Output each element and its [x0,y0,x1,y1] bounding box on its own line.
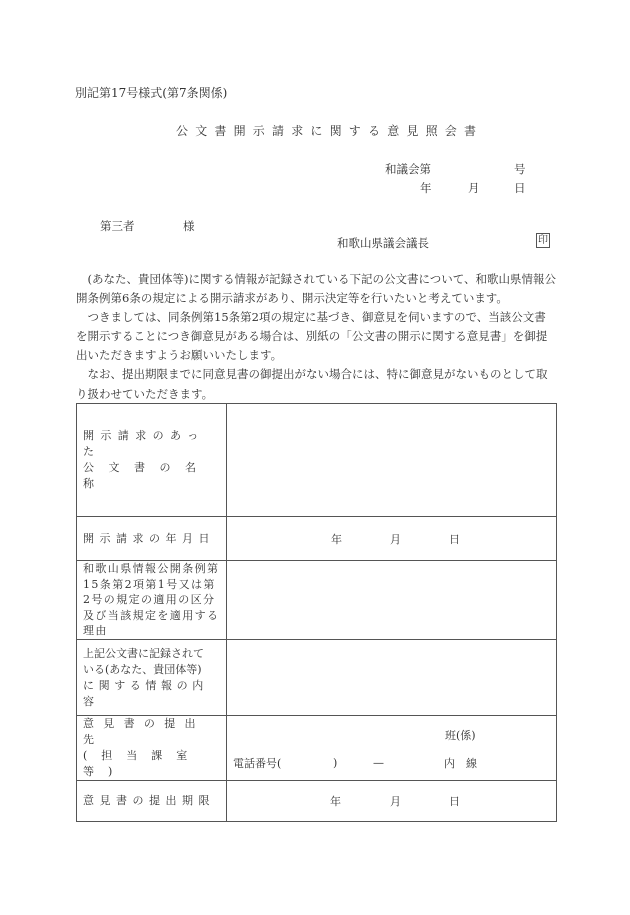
label-text: 公文書の名称 [83,461,211,490]
label-text: 上記公文書に記録されて [83,646,220,662]
paragraph: なお、提出期限までに同意見書の御提出がない場合には、特に御意見がないものとして取… [76,365,556,403]
label-text: (担当課室等) [83,748,220,780]
extension-label: 内 線 [444,755,477,771]
label-line: 開示請求のあった [83,428,220,460]
row-label: 上記公文書に記録されて いる(あなた、貴団体等) に関する情報の内容 [77,640,227,716]
month-label: 月 [390,531,401,547]
submission-deadline-field[interactable]: 年 月 日 [227,781,557,822]
info-table: 開示請求のあった 公文書の名称 開示請求の年月日 年 月 日 和歌山県情報公開条… [76,403,557,822]
row-label: 意見書の提出期限 [77,781,227,822]
phone-close-paren: ) [333,756,337,769]
table-row: 和歌山県情報公開条例第15条第2項第1号又は第2号の規定の適用の区分及び当該規定… [77,561,557,640]
seal-icon: 印 [536,233,550,248]
issue-date-year: 年 [420,180,432,196]
label-text: 開示請求のあった [83,428,220,460]
day-label: 日 [449,793,460,809]
information-content-field[interactable] [227,640,557,716]
table-row: 上記公文書に記録されて いる(あなた、貴団体等) に関する情報の内容 [77,640,557,716]
paragraph: つきましては、同条例第15条第2項の規定に基づき、御意見を伺いますので、当該公文… [76,308,556,365]
month-label: 月 [390,793,401,809]
section-label: 班(係) [445,727,476,743]
label-line: 公文書の名称 [83,460,220,492]
label-text: 意見書の提出先 [83,716,220,748]
sender: 和歌山県議会議長 [337,235,429,251]
submission-destination-field[interactable]: 班(係) 電話番号( ) — 内 線 [227,716,557,781]
row-label: 意見書の提出先 (担当課室等) [77,716,227,781]
document-name-field[interactable] [227,404,557,517]
day-label: 日 [449,531,460,547]
year-label: 年 [330,793,341,809]
phone-label: 電話番号( [233,755,281,771]
label-text: 和歌山県情報公開条例第15条第2項第1号又は第2号の規定の適用の区分及び当該規定… [83,562,219,637]
document-title: 公文書開示請求に関する意見照会書 [176,122,483,139]
label-text: 意見書の提出期限 [83,794,215,807]
addressee: 第三者 [100,218,135,234]
doc-number-suffix: 号 [514,161,526,177]
phone-dash: — [373,756,384,769]
year-label: 年 [331,531,342,547]
row-label: 和歌山県情報公開条例第15条第2項第1号又は第2号の規定の適用の区分及び当該規定… [77,561,227,640]
table-row: 意見書の提出期限 年 月 日 [77,781,557,822]
form-id: 別記第17号様式(第7条関係) [75,84,227,101]
applicable-provision-field[interactable] [227,561,557,640]
label-text: 開示請求の年月日 [83,532,215,545]
row-label: 開示請求のあった 公文書の名称 [77,404,227,517]
row-label: 開示請求の年月日 [77,517,227,561]
body-text: (あなた、貴団体等)に関する情報が記録されている下記の公文書について、和歌山県情… [76,270,556,404]
label-text: いる(あなた、貴団体等) [83,662,220,678]
issue-date-month: 月 [468,180,480,196]
request-date-field[interactable]: 年 月 日 [227,517,557,561]
honorific: 様 [183,218,195,234]
issue-date-day: 日 [514,180,526,196]
table-row: 開示請求のあった 公文書の名称 [77,404,557,517]
doc-number-label: 和議会第 [385,161,431,177]
paragraph: (あなた、貴団体等)に関する情報が記録されている下記の公文書について、和歌山県情… [76,270,556,308]
table-row: 開示請求の年月日 年 月 日 [77,517,557,561]
table-row: 意見書の提出先 (担当課室等) 班(係) 電話番号( ) — 内 線 [77,716,557,781]
label-text: に関する情報の内容 [83,678,220,710]
